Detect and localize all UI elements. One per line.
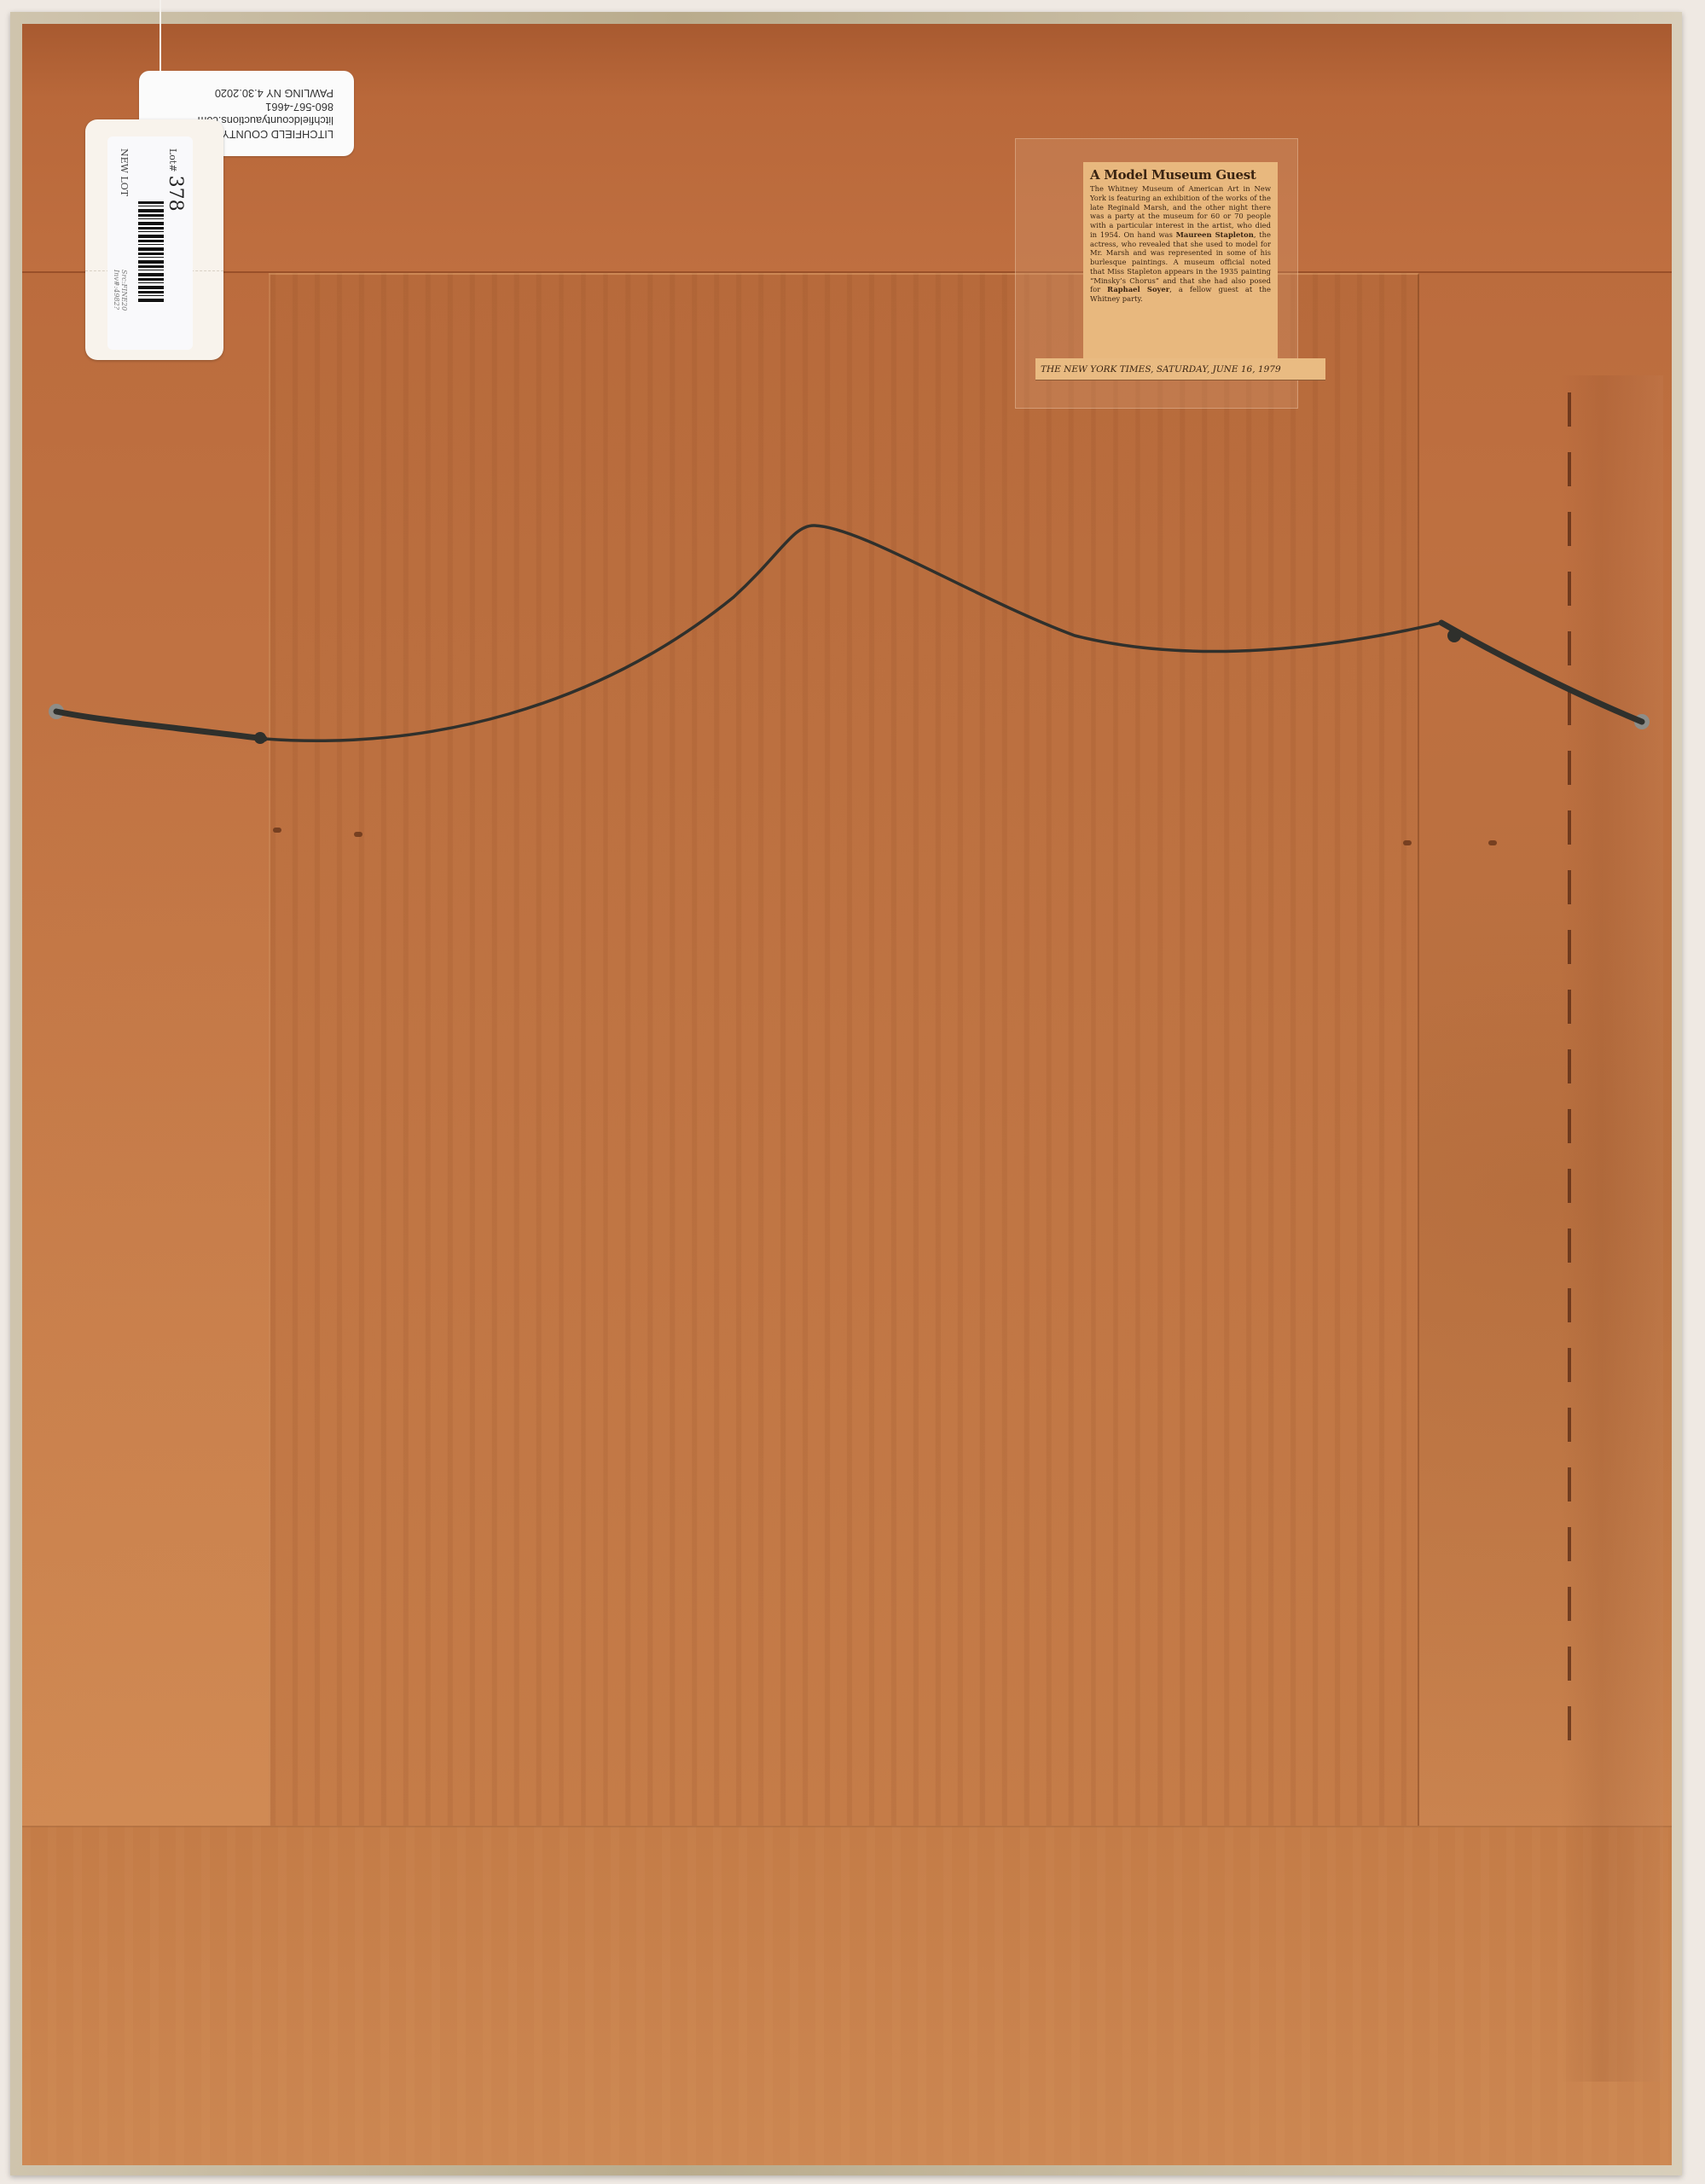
lot-inventory: Src:FINE20 Inv#:4982? [113, 270, 128, 350]
sale-location-date: PAWLING NY 4.30.2020 [215, 86, 333, 100]
auction-house-phone: 860-567-4661 [265, 100, 333, 113]
clipping-dateline: THE NEW YORK TIMES, SATURDAY, JUNE 16, 1… [1035, 358, 1325, 380]
lot-status: NEW LOT [119, 148, 130, 196]
lot-sticker: Lot# 378 NEW LOT Src:FINE20 Inv#:4982? [107, 136, 193, 350]
lot-tag: Lot# 378 NEW LOT Src:FINE20 Inv#:4982? [85, 119, 223, 360]
barcode-icon [138, 201, 164, 304]
newspaper-clipping: A Model Museum Guest The Whitney Museum … [1083, 162, 1278, 371]
clipping-title: A Model Museum Guest [1090, 167, 1271, 183]
clipping-body: The Whitney Museum of American Art in Ne… [1090, 184, 1271, 304]
hanging-wire [0, 0, 1705, 2184]
lot-number: 378 [165, 176, 186, 212]
lot-word: Lot# [167, 148, 178, 172]
auction-house-name: LITCHFIELD COUNTY A [212, 127, 333, 141]
